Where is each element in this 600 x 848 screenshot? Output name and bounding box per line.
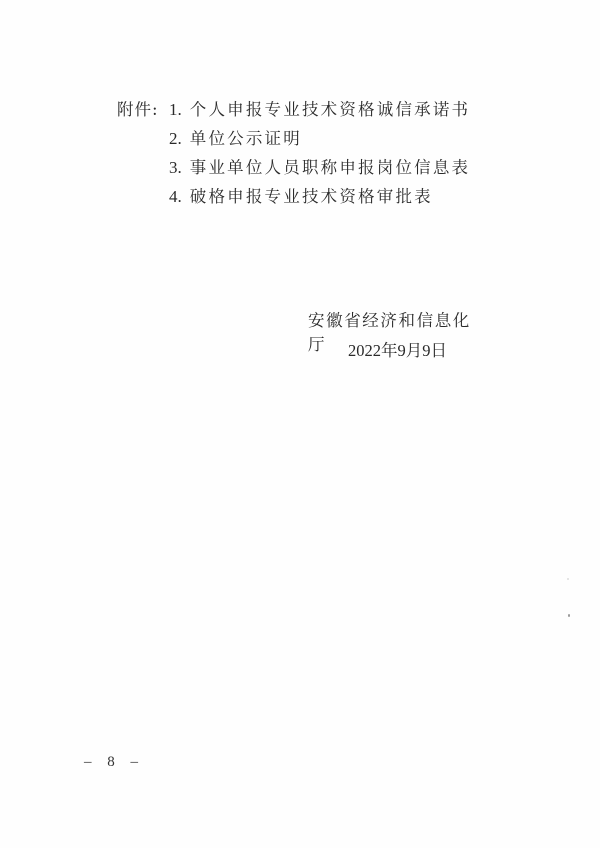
issue-date: 2022年9月9日 (348, 337, 488, 361)
attachment-number: 4. (169, 187, 182, 207)
attachments-label: 附件: (117, 96, 169, 120)
attachment-title: 事业单位人员职称申报岗位信息表 (190, 154, 471, 178)
attachment-title: 个人申报专业技术资格诚信承诺书 (190, 96, 471, 120)
attachments-list: 附件: 1. 个人申报专业技术资格诚信承诺书 2. 单位公示证明 3. 事业单位… (117, 96, 470, 212)
signature-block: 安徽省经济和信息化厅 2022年9月9日 (308, 307, 488, 361)
page-number: – 8 – (84, 754, 144, 771)
attachment-title: 单位公示证明 (190, 125, 302, 149)
scan-artifact (568, 614, 570, 617)
attachment-title: 破格申报专业技术资格审批表 (190, 183, 433, 207)
attachment-item: 3. 事业单位人员职称申报岗位信息表 (117, 154, 470, 183)
attachment-item: 附件: 1. 个人申报专业技术资格诚信承诺书 (117, 96, 470, 125)
attachment-number: 3. (169, 158, 182, 178)
document-page: 附件: 1. 个人申报专业技术资格诚信承诺书 2. 单位公示证明 3. 事业单位… (0, 0, 600, 848)
attachment-number: 1. (169, 100, 182, 120)
scan-artifact (567, 578, 569, 580)
attachment-number: 2. (169, 129, 182, 149)
attachment-item: 2. 单位公示证明 (117, 125, 470, 154)
attachment-item: 4. 破格申报专业技术资格审批表 (117, 183, 470, 212)
issuing-organization: 安徽省经济和信息化厅 (308, 307, 488, 337)
